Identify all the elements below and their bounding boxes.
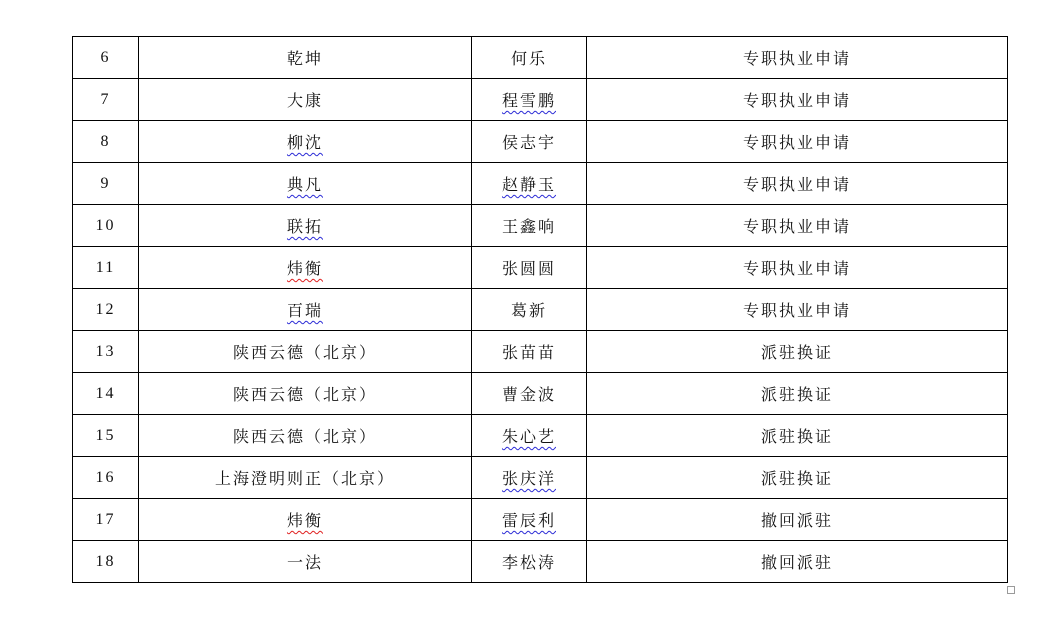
- row-number-text: 15: [96, 427, 116, 444]
- row-number[interactable]: 17: [73, 499, 139, 541]
- org-cell[interactable]: 典凡: [139, 163, 472, 205]
- name-cell-text: 何乐: [511, 49, 547, 68]
- table-row: 10联拓王鑫响专职执业申请: [73, 205, 1008, 247]
- item-cell-text: 专职执业申请: [743, 49, 851, 68]
- row-number-text: 18: [96, 553, 116, 570]
- org-cell[interactable]: 陕西云德（北京）: [139, 331, 472, 373]
- item-cell-text: 派驻换证: [761, 343, 833, 362]
- row-number[interactable]: 8: [73, 121, 139, 163]
- name-cell[interactable]: 何乐: [472, 37, 587, 79]
- item-cell[interactable]: 派驻换证: [587, 331, 1008, 373]
- item-cell[interactable]: 派驻换证: [587, 415, 1008, 457]
- row-number-text: 10: [96, 217, 116, 234]
- org-cell-text: 典凡: [287, 175, 323, 194]
- org-cell[interactable]: 百瑞: [139, 289, 472, 331]
- name-cell-text: 程雪鹏: [502, 91, 556, 110]
- row-number[interactable]: 6: [73, 37, 139, 79]
- item-cell-text: 撤回派驻: [761, 511, 833, 530]
- item-cell[interactable]: 专职执业申请: [587, 247, 1008, 289]
- row-number-text: 7: [101, 91, 111, 108]
- row-number-text: 13: [96, 343, 116, 360]
- table-body: 6乾坤何乐专职执业申请7大康程雪鹏专职执业申请8柳沈侯志宇专职执业申请9典凡赵静…: [73, 37, 1008, 583]
- item-cell-text: 专职执业申请: [743, 175, 851, 194]
- table-row: 11炜衡张圆圆专职执业申请: [73, 247, 1008, 289]
- row-number[interactable]: 14: [73, 373, 139, 415]
- table-row: 13陕西云德（北京）张苗苗派驻换证: [73, 331, 1008, 373]
- table-row: 18一法李松涛撤回派驻: [73, 541, 1008, 583]
- org-cell[interactable]: 上海澄明则正（北京）: [139, 457, 472, 499]
- data-table: 6乾坤何乐专职执业申请7大康程雪鹏专职执业申请8柳沈侯志宇专职执业申请9典凡赵静…: [72, 36, 1008, 583]
- row-number[interactable]: 9: [73, 163, 139, 205]
- org-cell[interactable]: 乾坤: [139, 37, 472, 79]
- name-cell[interactable]: 张圆圆: [472, 247, 587, 289]
- table-row: 16上海澄明则正（北京）张庆洋派驻换证: [73, 457, 1008, 499]
- item-cell-text: 专职执业申请: [743, 301, 851, 320]
- item-cell-text: 专职执业申请: [743, 259, 851, 278]
- name-cell-text: 雷辰利: [502, 511, 556, 530]
- item-cell[interactable]: 专职执业申请: [587, 163, 1008, 205]
- name-cell[interactable]: 李松涛: [472, 541, 587, 583]
- org-cell-text: 陕西云德（北京）: [233, 343, 377, 362]
- name-cell[interactable]: 朱心艺: [472, 415, 587, 457]
- row-number-text: 9: [101, 175, 111, 192]
- row-number[interactable]: 11: [73, 247, 139, 289]
- org-cell-text: 一法: [287, 553, 323, 572]
- table-row: 8柳沈侯志宇专职执业申请: [73, 121, 1008, 163]
- name-cell[interactable]: 张苗苗: [472, 331, 587, 373]
- name-cell[interactable]: 王鑫响: [472, 205, 587, 247]
- table-row: 17炜衡雷辰利撤回派驻: [73, 499, 1008, 541]
- row-number-text: 6: [101, 49, 111, 66]
- name-cell[interactable]: 程雪鹏: [472, 79, 587, 121]
- row-number[interactable]: 18: [73, 541, 139, 583]
- row-number-text: 8: [101, 133, 111, 150]
- name-cell-text: 王鑫响: [502, 217, 556, 236]
- org-cell-text: 上海澄明则正（北京）: [215, 469, 395, 488]
- org-cell-text: 炜衡: [287, 259, 323, 278]
- name-cell[interactable]: 葛新: [472, 289, 587, 331]
- name-cell-text: 张庆洋: [502, 469, 556, 488]
- item-cell[interactable]: 专职执业申请: [587, 289, 1008, 331]
- row-number-text: 14: [96, 385, 116, 402]
- item-cell[interactable]: 派驻换证: [587, 373, 1008, 415]
- item-cell-text: 专职执业申请: [743, 133, 851, 152]
- name-cell[interactable]: 雷辰利: [472, 499, 587, 541]
- org-cell-text: 柳沈: [287, 133, 323, 152]
- name-cell-text: 李松涛: [502, 553, 556, 572]
- name-cell-text: 张圆圆: [502, 259, 556, 278]
- org-cell-text: 陕西云德（北京）: [233, 385, 377, 404]
- item-cell[interactable]: 派驻换证: [587, 457, 1008, 499]
- org-cell-text: 百瑞: [287, 301, 323, 320]
- name-cell-text: 朱心艺: [502, 427, 556, 446]
- table-row: 12百瑞葛新专职执业申请: [73, 289, 1008, 331]
- row-number[interactable]: 16: [73, 457, 139, 499]
- item-cell[interactable]: 专职执业申请: [587, 205, 1008, 247]
- org-cell[interactable]: 陕西云德（北京）: [139, 415, 472, 457]
- item-cell[interactable]: 专职执业申请: [587, 37, 1008, 79]
- item-cell-text: 派驻换证: [761, 385, 833, 404]
- table-row: 14陕西云德（北京）曹金波派驻换证: [73, 373, 1008, 415]
- item-cell-text: 派驻换证: [761, 427, 833, 446]
- item-cell[interactable]: 撤回派驻: [587, 499, 1008, 541]
- org-cell-text: 乾坤: [287, 49, 323, 68]
- item-cell-text: 派驻换证: [761, 469, 833, 488]
- name-cell-text: 葛新: [511, 301, 547, 320]
- row-number-text: 12: [96, 301, 116, 318]
- row-number[interactable]: 13: [73, 331, 139, 373]
- name-cell[interactable]: 赵静玉: [472, 163, 587, 205]
- org-cell-text: 陕西云德（北京）: [233, 427, 377, 446]
- name-cell[interactable]: 侯志宇: [472, 121, 587, 163]
- name-cell-text: 赵静玉: [502, 175, 556, 194]
- row-number-text: 16: [96, 469, 116, 486]
- item-cell[interactable]: 专职执业申请: [587, 121, 1008, 163]
- name-cell-text: 侯志宇: [502, 133, 556, 152]
- row-number[interactable]: 10: [73, 205, 139, 247]
- org-cell[interactable]: 炜衡: [139, 247, 472, 289]
- row-number-text: 17: [96, 511, 116, 528]
- row-number-text: 11: [96, 259, 115, 276]
- table-row: 6乾坤何乐专职执业申请: [73, 37, 1008, 79]
- item-cell-text: 撤回派驻: [761, 553, 833, 572]
- org-cell[interactable]: 一法: [139, 541, 472, 583]
- table-row: 15陕西云德（北京）朱心艺派驻换证: [73, 415, 1008, 457]
- org-cell[interactable]: 大康: [139, 79, 472, 121]
- row-number[interactable]: 15: [73, 415, 139, 457]
- item-cell[interactable]: 专职执业申请: [587, 79, 1008, 121]
- name-cell-text: 张苗苗: [502, 343, 556, 362]
- item-cell[interactable]: 撤回派驻: [587, 541, 1008, 583]
- table-row: 9典凡赵静玉专职执业申请: [73, 163, 1008, 205]
- org-cell-text: 炜衡: [287, 511, 323, 530]
- org-cell-text: 联拓: [287, 217, 323, 236]
- item-cell-text: 专职执业申请: [743, 217, 851, 236]
- org-cell-text: 大康: [287, 91, 323, 110]
- table-resize-handle[interactable]: [1007, 586, 1015, 594]
- org-cell[interactable]: 柳沈: [139, 121, 472, 163]
- name-cell[interactable]: 曹金波: [472, 373, 587, 415]
- name-cell[interactable]: 张庆洋: [472, 457, 587, 499]
- name-cell-text: 曹金波: [502, 385, 556, 404]
- org-cell[interactable]: 联拓: [139, 205, 472, 247]
- item-cell-text: 专职执业申请: [743, 91, 851, 110]
- org-cell[interactable]: 炜衡: [139, 499, 472, 541]
- row-number[interactable]: 12: [73, 289, 139, 331]
- row-number[interactable]: 7: [73, 79, 139, 121]
- org-cell[interactable]: 陕西云德（北京）: [139, 373, 472, 415]
- table-row: 7大康程雪鹏专职执业申请: [73, 79, 1008, 121]
